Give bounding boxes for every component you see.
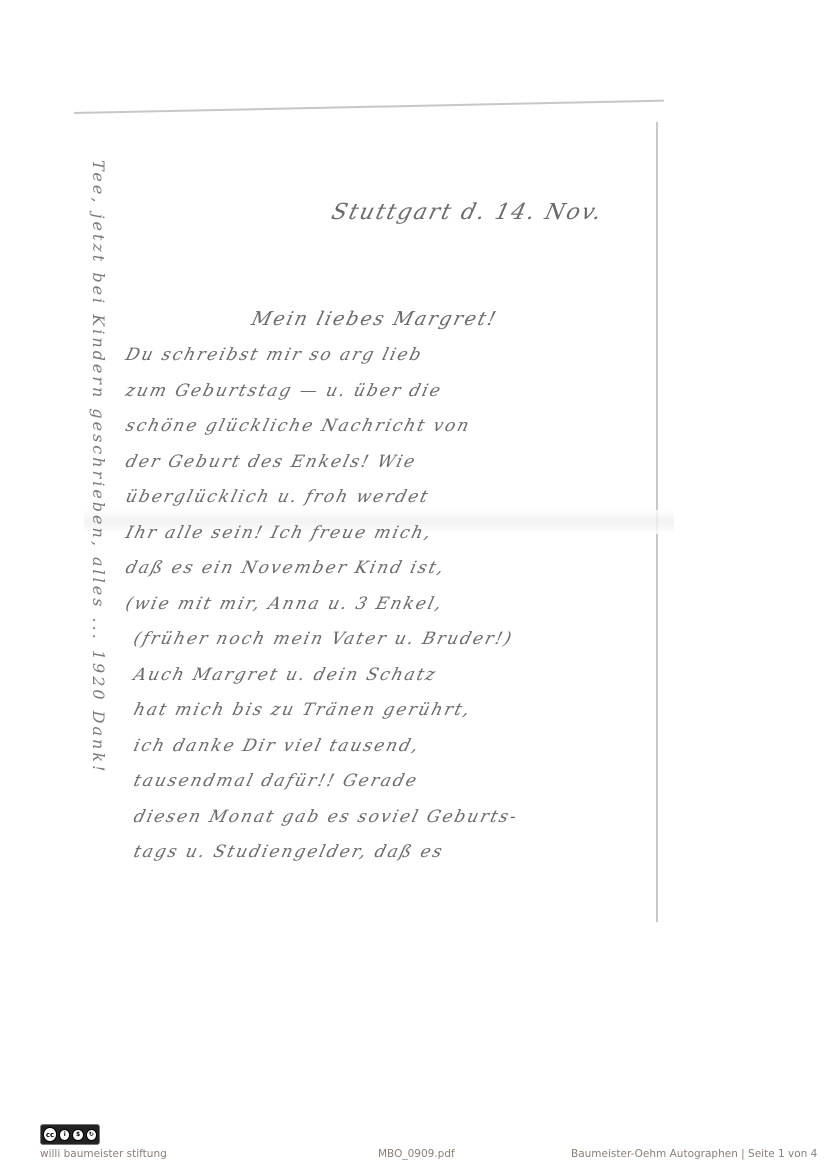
publisher-name: willi baumeister stiftung	[40, 1148, 167, 1160]
sa-icon: ↻	[86, 1129, 97, 1141]
nc-icon: $	[72, 1129, 83, 1141]
letter-line: hat mich bis zu Tränen gerührt,	[132, 700, 474, 720]
margin-note: Tee, jetzt bei Kindern geschrieben, alle…	[89, 160, 108, 774]
salutation: Mein liebes Margret!	[249, 308, 500, 330]
cc-license-icon: cc i $ ↻	[40, 1124, 100, 1145]
letter-line: Du schreibst mir so arg lieb	[124, 345, 425, 365]
filename: MBO_0909.pdf	[378, 1148, 455, 1160]
letter-line: (wie mit mir, Anna u. 3 Enkel,	[124, 594, 446, 614]
collection-page-info: Baumeister-Oehm Autographen | Seite 1 vo…	[571, 1148, 817, 1160]
paper-top-edge	[74, 100, 664, 114]
letter-line: schöne glückliche Nachricht von	[124, 416, 473, 436]
letter-line: tausendmal dafür!! Gerade	[132, 771, 421, 791]
letter-line: (früher noch mein Vater u. Bruder!)	[132, 629, 516, 649]
letter-line: ich danke Dir viel tausend,	[132, 736, 423, 756]
letter-line: daß es ein November Kind ist,	[124, 558, 448, 578]
letter-line: der Geburt des Enkels! Wie	[124, 452, 419, 472]
letter-line: Ihr alle sein! Ich freue mich,	[124, 523, 435, 543]
letter-line: tags u. Studiengelder, daß es	[132, 842, 446, 862]
date-line: Stuttgart d. 14. Nov.	[329, 200, 606, 225]
letter-line: Auch Margret u. dein Schatz	[132, 665, 440, 685]
letter-line: überglücklich u. froh werdet	[124, 487, 432, 507]
scanned-letter: Tee, jetzt bei Kindern geschrieben, alle…	[74, 100, 684, 940]
pdf-page: Tee, jetzt bei Kindern geschrieben, alle…	[0, 0, 826, 1169]
cc-icon: cc	[43, 1127, 57, 1142]
by-icon: i	[59, 1129, 70, 1141]
letter-line: diesen Monat gab es soviel Geburts-	[132, 807, 521, 827]
letter-line: zum Geburtstag — u. über die	[124, 381, 445, 401]
